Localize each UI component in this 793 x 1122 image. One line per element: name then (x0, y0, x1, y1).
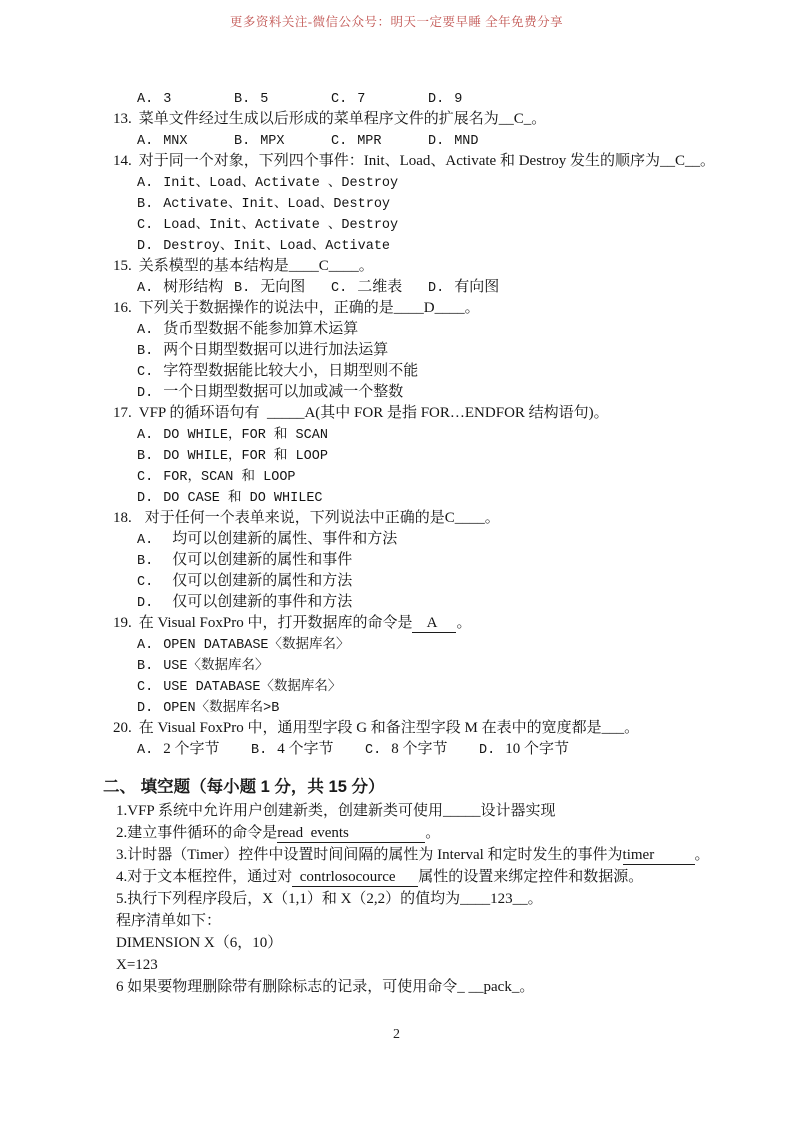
question-number: 18. (113, 510, 132, 526)
option-label: C. (137, 680, 153, 695)
question-16: 16.下列关于数据操作的说法中，正确的是____D____。 A.货币型数据不能… (113, 298, 773, 403)
stem-text: 对于同一个对象，下列四个事件：Init、Load、Activate 和 Dest… (139, 153, 715, 169)
option-text: 3 (163, 92, 171, 107)
question-18: 18.对于任何一个表单来说，下列说法中正确的是C____。 A.均可以创建新的属… (113, 508, 773, 613)
option-text: 8 个字节 (391, 741, 447, 757)
answer-underline: read events (277, 824, 425, 843)
option-item: C.字符型数据能比较大小，日期型则不能 (113, 361, 773, 382)
question-stem: 18.对于任何一个表单来说，下列说法中正确的是C____。 (113, 508, 773, 529)
answer-underline: A (412, 614, 456, 633)
option-D: D.10 个字节 (479, 739, 569, 761)
option-label: A. (137, 323, 153, 338)
page-number: 2 (0, 1027, 793, 1043)
fill-text: 2.建立事件循环的命令是 (116, 825, 277, 841)
option-text: MND (454, 134, 478, 149)
stem-text: 在 Visual FoxPro 中，打开数据库的命令是 (139, 615, 413, 631)
option-B: B.MPX (234, 130, 331, 152)
option-label: D. (428, 281, 444, 296)
option-item: B.USE〈数据库名〉 (113, 655, 773, 676)
option-label: A. (137, 533, 153, 548)
options-row: A.树形结构B.无向图C.二维表D.有向图 (113, 277, 773, 298)
stem-text: 对于任何一个表单来说，下列说法中正确的是C____。 (145, 510, 500, 526)
answer-underline: contrlosocource (292, 868, 418, 887)
option-item: C.USE DATABASE〈数据库名〉 (113, 676, 773, 697)
option-D: D.MND (428, 130, 479, 152)
option-label: C. (137, 470, 153, 485)
question-number: 15. (113, 258, 132, 274)
options-row: A.2 个字节B.4 个字节C.8 个字节D.10 个字节 (113, 739, 773, 760)
question-stem: 19.在 Visual FoxPro 中，打开数据库的命令是 A。 (113, 613, 773, 634)
option-A: A.2 个字节 (137, 739, 251, 761)
option-A: A.3 (137, 88, 234, 110)
option-text: Load、Init、Activate 、Destroy (163, 218, 398, 233)
question-number: 14. (113, 153, 132, 169)
option-text: 无向图 (260, 279, 305, 295)
options-row: A.MNXB.MPXC.MPRD.MND (113, 130, 773, 151)
option-label: A. (137, 134, 153, 149)
option-label: D. (479, 743, 495, 758)
option-item: A.Init、Load、Activate 、Destroy (113, 172, 773, 193)
fill-item-6: 6 如果要物理删除带有删除标志的记录，可使用命令_ __pack_。 (116, 976, 773, 998)
option-label: B. (137, 554, 153, 569)
option-label: B. (137, 197, 153, 212)
option-label: B. (137, 344, 153, 359)
option-text: 仅可以创建新的属性和方法 (172, 573, 352, 589)
fill-item-3: 3.计时器（Timer）控件中设置时间间隔的属性为 Interval 和定时发生… (116, 844, 773, 866)
option-label: B. (251, 743, 267, 758)
stem-text: 下列关于数据操作的说法中，正确的是____D____。 (139, 300, 480, 316)
option-label: B. (234, 281, 250, 296)
option-D: D.9 (428, 88, 462, 110)
option-A: A.树形结构 (137, 277, 234, 299)
question-stem: 16.下列关于数据操作的说法中，正确的是____D____。 (113, 298, 773, 319)
option-label: D. (137, 701, 153, 716)
option-item: D.一个日期型数据可以加或减一个整数 (113, 382, 773, 403)
fill-section-title: 二、 填空题（每小题 1 分，共 15 分） (103, 775, 773, 800)
question-number: 13. (113, 111, 132, 127)
option-label: D. (137, 239, 153, 254)
option-text: USE〈数据库名〉 (163, 659, 268, 674)
option-item: B.仅可以创建新的属性和事件 (113, 550, 773, 571)
option-label: A. (137, 176, 153, 191)
stem-text: 在 Visual FoxPro 中，通用型字段 G 和备注型字段 M 在表中的宽… (139, 720, 639, 736)
question-stem: 14.对于同一个对象，下列四个事件：Init、Load、Activate 和 D… (113, 151, 773, 172)
fill-item-4: 4.对于文本框控件，通过对 contrlosocource 属性的设置来绑定控件… (116, 866, 773, 888)
question-13: 13.菜单文件经过生成以后形成的菜单程序文件的扩展名为__C_。 A.MNXB.… (113, 109, 773, 151)
option-text: DO CASE 和 DO WHILEC (163, 491, 322, 506)
option-text: 7 (357, 92, 365, 107)
option-text: Init、Load、Activate 、Destroy (163, 176, 398, 191)
question-20: 20.在 Visual FoxPro 中，通用型字段 G 和备注型字段 M 在表… (113, 718, 773, 760)
fill-item-1: 1.VFP 系统中允许用户创建新类，创建新类可使用_____设计器实现 (116, 800, 773, 822)
answer-underline: timer (623, 846, 695, 865)
question-number: 20. (113, 720, 132, 736)
question-stem: 15.关系模型的基本结构是____C____。 (113, 256, 773, 277)
question-number: 17. (113, 405, 132, 421)
fill-section: 1.VFP 系统中允许用户创建新类，创建新类可使用_____设计器实现 2.建立… (116, 800, 773, 998)
option-text: 5 (260, 92, 268, 107)
option-label: C. (365, 743, 381, 758)
option-text: 仅可以创建新的事件和方法 (172, 594, 352, 610)
question-12-options-row: A.3B.5C.7D.9 (113, 88, 773, 109)
option-label: A. (137, 638, 153, 653)
stem-text: VFP 的循环语句有 _____A(其中 FOR 是指 FOR…ENDFOR 结… (139, 405, 609, 421)
option-text: USE DATABASE〈数据库名〉 (163, 680, 341, 695)
option-C: C.7 (331, 88, 428, 110)
program-line-dimension: DIMENSION X（6，10） (116, 932, 773, 954)
option-text: OPEN DATABASE〈数据库名〉 (163, 638, 349, 653)
fill-text-suffix: 属性的设置来绑定控件和数据源。 (418, 869, 643, 885)
exam-page-content: A.3B.5C.7D.9 13.菜单文件经过生成以后形成的菜单程序文件的扩展名为… (113, 88, 773, 998)
option-text: 一个日期型数据可以加或减一个整数 (163, 384, 403, 400)
option-text: 树形结构 (163, 279, 223, 295)
question-17: 17.VFP 的循环语句有 _____A(其中 FOR 是指 FOR…ENDFO… (113, 403, 773, 508)
option-text: MNX (163, 134, 187, 149)
option-label: A. (137, 428, 153, 443)
option-label: D. (428, 92, 444, 107)
option-item: C.仅可以创建新的属性和方法 (113, 571, 773, 592)
option-C: C.二维表 (331, 277, 428, 299)
option-item: A.OPEN DATABASE〈数据库名〉 (113, 634, 773, 655)
option-label: A. (137, 92, 153, 107)
fill-text: 6 如果要物理删除带有删除标志的记录，可使用命令_ __pack_。 (116, 979, 534, 995)
option-text: 两个日期型数据可以进行加法运算 (163, 342, 388, 358)
option-item: A.均可以创建新的属性、事件和方法 (113, 529, 773, 550)
option-text: Destroy、Init、Load、Activate (163, 239, 390, 254)
option-item: A.货币型数据不能参加算术运算 (113, 319, 773, 340)
fill-text-suffix: 。 (425, 825, 440, 841)
question-19: 19.在 Visual FoxPro 中，打开数据库的命令是 A。 A.OPEN… (113, 613, 773, 718)
question-stem: 17.VFP 的循环语句有 _____A(其中 FOR 是指 FOR…ENDFO… (113, 403, 773, 424)
option-text: 均可以创建新的属性、事件和方法 (172, 531, 397, 547)
option-label: A. (137, 743, 153, 758)
option-text: 10 个字节 (505, 741, 569, 757)
option-text: 有向图 (454, 279, 499, 295)
option-text: 4 个字节 (277, 741, 333, 757)
promo-header-text: 更多资料关注-微信公众号：明天一定要早睡 全年免费分享 (0, 12, 793, 30)
option-label: C. (331, 281, 347, 296)
option-text: MPR (357, 134, 381, 149)
option-label: D. (137, 386, 153, 401)
option-label: B. (137, 659, 153, 674)
question-15: 15.关系模型的基本结构是____C____。 A.树形结构B.无向图C.二维表… (113, 256, 773, 298)
option-item: C.FOR，SCAN 和 LOOP (113, 466, 773, 487)
option-text: 字符型数据能比较大小，日期型则不能 (163, 363, 418, 379)
question-14: 14.对于同一个对象，下列四个事件：Init、Load、Activate 和 D… (113, 151, 773, 256)
fill-text: 5.执行下列程序段后，X（1,1）和 X（2,2）的值均为____123__。 (116, 891, 543, 907)
option-label: C. (137, 218, 153, 233)
code-text: X=123 (116, 957, 158, 973)
option-text: 货币型数据不能参加算术运算 (163, 321, 358, 337)
option-item: A.DO WHILE，FOR 和 SCAN (113, 424, 773, 445)
fill-text: 3.计时器（Timer）控件中设置时间间隔的属性为 Interval 和定时发生… (116, 847, 623, 863)
option-C: C.8 个字节 (365, 739, 479, 761)
question-stem: 13.菜单文件经过生成以后形成的菜单程序文件的扩展名为__C_。 (113, 109, 773, 130)
question-number: 16. (113, 300, 132, 316)
option-label: D. (137, 491, 153, 506)
option-B: B.5 (234, 88, 331, 110)
option-label: A. (137, 281, 153, 296)
question-stem: 20.在 Visual FoxPro 中，通用型字段 G 和备注型字段 M 在表… (113, 718, 773, 739)
option-text: 仅可以创建新的属性和事件 (172, 552, 352, 568)
option-text: DO WHILE，FOR 和 LOOP (163, 449, 328, 464)
option-B: B.无向图 (234, 277, 331, 299)
option-text: DO WHILE，FOR 和 SCAN (163, 428, 328, 443)
fill-text-suffix: 。 (695, 847, 710, 863)
option-label: C. (331, 92, 347, 107)
option-item: B.两个日期型数据可以进行加法运算 (113, 340, 773, 361)
fill-item-5: 5.执行下列程序段后，X（1,1）和 X（2,2）的值均为____123__。 (116, 888, 773, 910)
option-text: 9 (454, 92, 462, 107)
stem-text: 关系模型的基本结构是____C____。 (139, 258, 374, 274)
option-label: C. (331, 134, 347, 149)
option-label: C. (137, 365, 153, 380)
option-item: D.OPEN〈数据库名>B (113, 697, 773, 718)
option-text: 二维表 (357, 279, 402, 295)
fill-item-2: 2.建立事件循环的命令是read events 。 (116, 822, 773, 844)
option-text: 2 个字节 (163, 741, 219, 757)
option-A: A.MNX (137, 130, 234, 152)
option-item: B.Activate、Init、Load、Destroy (113, 193, 773, 214)
option-label: D. (428, 134, 444, 149)
option-text: Activate、Init、Load、Destroy (163, 197, 390, 212)
option-item: B.DO WHILE，FOR 和 LOOP (113, 445, 773, 466)
program-caption: 程序清单如下： (116, 910, 773, 932)
code-text: DIMENSION X（6，10） (116, 935, 282, 951)
fill-text: 4.对于文本框控件，通过对 (116, 869, 292, 885)
program-line-assignment: X=123 (116, 954, 773, 976)
option-B: B.4 个字节 (251, 739, 365, 761)
option-label: B. (234, 134, 250, 149)
question-number: 19. (113, 615, 132, 631)
option-item: D.DO CASE 和 DO WHILEC (113, 487, 773, 508)
option-D: D.有向图 (428, 277, 499, 299)
option-text: FOR，SCAN 和 LOOP (163, 470, 295, 485)
option-C: C.MPR (331, 130, 428, 152)
option-label: B. (234, 92, 250, 107)
option-label: C. (137, 575, 153, 590)
option-text: OPEN〈数据库名>B (163, 701, 279, 716)
stem-text-suffix: 。 (456, 615, 471, 631)
option-item: C.Load、Init、Activate 、Destroy (113, 214, 773, 235)
stem-text: 菜单文件经过生成以后形成的菜单程序文件的扩展名为__C_。 (139, 111, 547, 127)
option-item: D.仅可以创建新的事件和方法 (113, 592, 773, 613)
option-text: MPX (260, 134, 284, 149)
fill-text: 1.VFP 系统中允许用户创建新类，创建新类可使用_____设计器实现 (116, 803, 555, 819)
option-label: B. (137, 449, 153, 464)
fill-text: 程序清单如下： (116, 913, 221, 929)
option-label: D. (137, 596, 153, 611)
option-item: D.Destroy、Init、Load、Activate (113, 235, 773, 256)
